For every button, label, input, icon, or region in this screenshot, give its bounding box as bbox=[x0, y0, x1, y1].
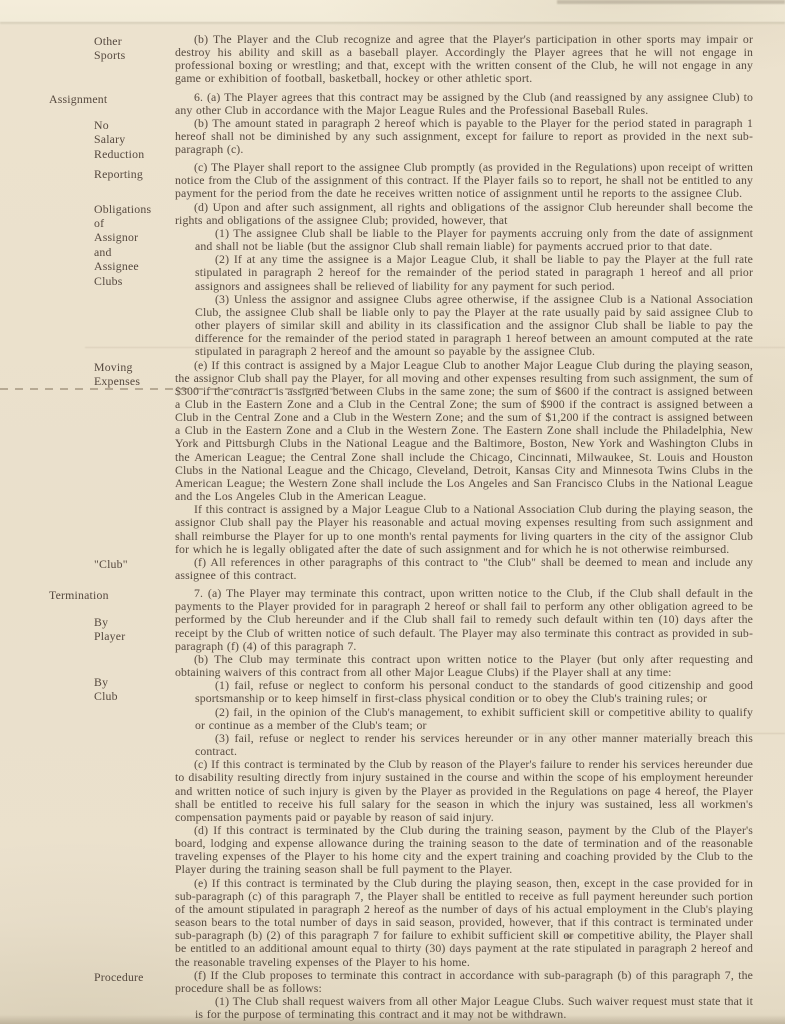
paragraph: (e) If this contract is assigned by a Ma… bbox=[175, 359, 753, 504]
margin-label: Obligations of Assignor and Assignee Clu… bbox=[0, 202, 175, 288]
block-termination-cde: (c) If this contract is terminated by th… bbox=[0, 758, 753, 969]
paragraph: (2) fail, in the opinion of the Club's m… bbox=[195, 706, 753, 732]
block-reporting-label-cell: Reporting bbox=[0, 161, 175, 200]
block-no-salary-reduction-text-cell: (b) The amount stated in paragraph 2 her… bbox=[175, 117, 753, 161]
block-termination-cde-text-cell: (c) If this contract is terminated by th… bbox=[175, 758, 753, 969]
block-club-references-label-cell: "Club" bbox=[0, 556, 175, 582]
margin-label: No Salary Reduction bbox=[0, 118, 175, 161]
paragraph: (b) The Club may terminate this contract… bbox=[175, 653, 753, 679]
block-procedure-text-cell: (f) If the Club proposes to terminate th… bbox=[175, 969, 753, 1022]
margin-label: "Club" bbox=[0, 557, 175, 571]
block-procedure: Procedure(f) If the Club proposes to ter… bbox=[0, 969, 753, 1022]
block-obligations-label-cell: Obligations of Assignor and Assignee Clu… bbox=[0, 201, 175, 359]
margin-label: Termination bbox=[0, 588, 175, 602]
block-termination-by-player: TerminationBy Player7. (a) The Player ma… bbox=[0, 587, 753, 653]
margin-label: Moving Expenses bbox=[0, 360, 175, 389]
contract-page: Other Sports(b) The Player and the Club … bbox=[0, 0, 785, 1024]
paragraph: (d) If this contract is terminated by th… bbox=[175, 824, 753, 877]
margin-label: By Club bbox=[0, 675, 175, 704]
paragraph: (1) fail, refuse or neglect to conform h… bbox=[195, 679, 753, 705]
paper-crease-dashed bbox=[0, 388, 345, 390]
paragraph: (e) If this contract is terminated by th… bbox=[175, 877, 753, 969]
block-termination-by-club: By Club(b) The Club may terminate this c… bbox=[0, 653, 753, 758]
block-termination-by-player-label-cell: TerminationBy Player bbox=[0, 587, 175, 653]
paragraph: (d) Upon and after such assignment, all … bbox=[175, 201, 753, 227]
block-assignment-text-cell: 6. (a) The Player agrees that this contr… bbox=[175, 91, 753, 117]
paragraph: (3) fail, refuse or neglect to render hi… bbox=[195, 732, 753, 758]
block-no-salary-reduction: No Salary Reduction(b) The amount stated… bbox=[0, 117, 753, 161]
block-club-references: "Club"(f) All references in other paragr… bbox=[0, 556, 753, 582]
paragraph: (c) If this contract is terminated by th… bbox=[175, 758, 753, 824]
block-reporting: Reporting(c) The Player shall report to … bbox=[0, 161, 753, 200]
block-obligations-text-cell: (d) Upon and after such assignment, all … bbox=[175, 201, 753, 359]
paragraph: (b) The amount stated in paragraph 2 her… bbox=[175, 117, 753, 156]
block-reporting-text-cell: (c) The Player shall report to the assig… bbox=[175, 161, 753, 200]
margin-label: By Player bbox=[0, 615, 175, 644]
block-moving-expenses: Moving Expenses(e) If this contract is a… bbox=[0, 359, 753, 556]
block-other-sports-text-cell: (b) The Player and the Club recognize an… bbox=[175, 33, 753, 86]
paragraph: (c) The Player shall report to the assig… bbox=[175, 161, 753, 200]
paragraph: (3) Unless the assignor and assignee Clu… bbox=[195, 293, 753, 359]
block-assignment-label-cell: Assignment bbox=[0, 91, 175, 117]
paragraph: (f) If the Club proposes to terminate th… bbox=[175, 969, 753, 995]
document-blocks: Other Sports(b) The Player and the Club … bbox=[0, 0, 785, 1021]
block-termination-cde-label-cell bbox=[0, 758, 175, 969]
paragraph: (f) All references in other paragraphs o… bbox=[175, 556, 753, 582]
block-termination-by-club-label-cell: By Club bbox=[0, 653, 175, 758]
paragraph: 6. (a) The Player agrees that this contr… bbox=[175, 91, 753, 117]
block-club-references-text-cell: (f) All references in other paragraphs o… bbox=[175, 556, 753, 582]
margin-label: Other Sports bbox=[0, 34, 175, 63]
paragraph: 7. (a) The Player may terminate this con… bbox=[175, 587, 753, 653]
block-assignment: Assignment6. (a) The Player agrees that … bbox=[0, 91, 753, 117]
paragraph: (1) The assignee Club shall be liable to… bbox=[195, 227, 753, 253]
block-obligations: Obligations of Assignor and Assignee Clu… bbox=[0, 201, 753, 359]
block-no-salary-reduction-label-cell: No Salary Reduction bbox=[0, 117, 175, 161]
block-procedure-label-cell: Procedure bbox=[0, 969, 175, 1022]
block-termination-by-player-text-cell: 7. (a) The Player may terminate this con… bbox=[175, 587, 753, 653]
paragraph: If this contract is assigned by a Major … bbox=[175, 503, 753, 556]
paragraph: (2) If at any time the assignee is a Maj… bbox=[195, 253, 753, 292]
block-termination-by-club-text-cell: (b) The Club may terminate this contract… bbox=[175, 653, 753, 758]
margin-label: Assignment bbox=[0, 92, 175, 106]
paper-bottom-edge bbox=[0, 1015, 785, 1024]
margin-label: Reporting bbox=[0, 167, 175, 181]
block-other-sports: Other Sports(b) The Player and the Club … bbox=[0, 33, 753, 86]
paragraph: (b) The Player and the Club recognize an… bbox=[175, 33, 753, 86]
block-other-sports-label-cell: Other Sports bbox=[0, 33, 175, 86]
margin-label: Procedure bbox=[0, 970, 175, 984]
